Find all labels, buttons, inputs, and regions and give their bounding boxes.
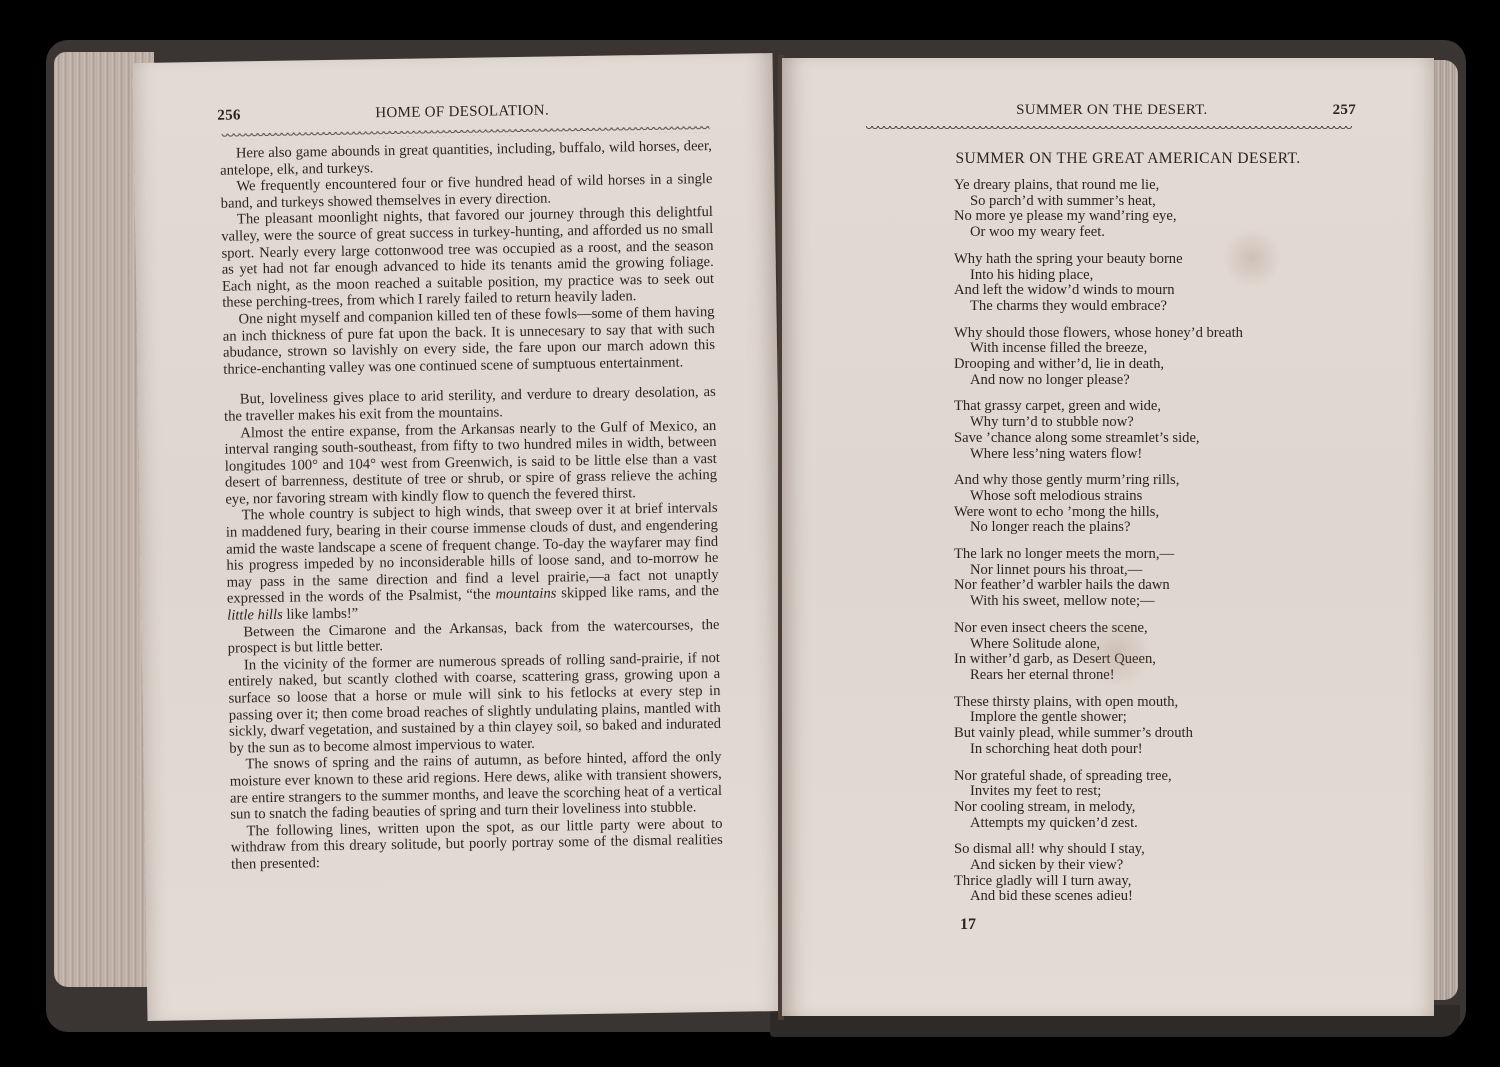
poem-line: Drooping and wither’d, lie in death, <box>954 357 1354 373</box>
poem-title: SUMMER ON THE GREAT AMERICAN DESERT. <box>868 150 1388 168</box>
poem-line: Nor cooling stream, in melody, <box>954 800 1354 816</box>
poem-line: Where Solitude alone, <box>954 637 1354 653</box>
stanza: That grassy carpet, green and wide,Why t… <box>954 399 1354 462</box>
poem-line: Nor feather’d warbler hails the dawn <box>954 578 1354 594</box>
poem-line: Into his hiding place, <box>954 268 1354 284</box>
poem-line: Nor even insect cheers the scene, <box>954 621 1354 637</box>
poem-line: Implore the gentle shower; <box>954 710 1354 726</box>
stanza: Nor even insect cheers the scene,Where S… <box>954 621 1354 684</box>
poem-line: Thrice gladly will I turn away, <box>954 874 1354 890</box>
right-page: SUMMER ON THE DESERT. 257 SUMMER ON THE … <box>782 58 1434 1016</box>
poem-line: That grassy carpet, green and wide, <box>954 399 1354 415</box>
stanza: Ye dreary plains, that round me lie,So p… <box>954 178 1354 241</box>
poem-line: And left the widow’d winds to mourn <box>954 283 1354 299</box>
page-block-right <box>1430 60 1458 1000</box>
stanza: These thirsty plains, with open mouth,Im… <box>954 695 1354 758</box>
stanza: Why should those flowers, whose honey’d … <box>954 326 1354 389</box>
poem-line: Attempts my quicken’d zest. <box>954 816 1354 832</box>
wavy-rule <box>866 126 1352 132</box>
poem-line: Whose soft melodious strains <box>954 489 1354 505</box>
page-number: 256 <box>217 106 337 125</box>
poem-line: With his sweet, mellow note;— <box>954 594 1354 610</box>
poem-line: Nor grateful shade, of spreading tree, <box>954 769 1354 785</box>
paper-stain <box>1222 228 1282 288</box>
page-number: 257 <box>1333 102 1356 119</box>
poem-line: The lark no longer meets the morn,— <box>954 547 1354 563</box>
poem-line: So dismal all! why should I stay, <box>954 842 1354 858</box>
poem-line: So parch’d with summer’s heat, <box>954 194 1354 210</box>
poem-line: And now no longer please? <box>954 373 1354 389</box>
poem-line: These thirsty plains, with open mouth, <box>954 695 1354 711</box>
paragraph: The whole country is subject to high win… <box>226 500 720 624</box>
poem-line: Rears her eternal throne! <box>954 668 1354 684</box>
italic-word: little hills <box>227 607 283 624</box>
poem-line: Why hath the spring your beauty borne <box>954 252 1354 268</box>
left-running-head: 256 HOME OF DESOLATION. <box>217 100 717 125</box>
right-running-head: SUMMER ON THE DESERT. 257 <box>866 102 1356 119</box>
poem-line: No more ye please my wand’ring eye, <box>954 209 1354 225</box>
poem-line: Save ’chance along some streamlet’s side… <box>954 431 1354 447</box>
left-page: 256 HOME OF DESOLATION. Here also game a… <box>133 53 788 1021</box>
poem-line: Where less’ning waters flow! <box>954 447 1354 463</box>
paragraph: In the vicinity of the former are numero… <box>228 650 722 757</box>
paragraph: One night myself and companion killed te… <box>222 304 715 378</box>
poem-line: And sicken by their view? <box>954 858 1354 874</box>
poem-line: And why those gently murm’ring rills, <box>954 473 1354 489</box>
poem-line: No longer reach the plains? <box>954 520 1354 536</box>
poem-line: With incense filled the breeze, <box>954 341 1354 357</box>
paragraph: The following lines, written upon the sp… <box>230 816 723 874</box>
paper-stain <box>1082 618 1152 688</box>
poem-line: Nor linnet pours his throat,— <box>954 563 1354 579</box>
running-head-title: SUMMER ON THE DESERT. <box>1016 102 1208 119</box>
running-head-title: HOME OF DESOLATION. <box>375 103 549 123</box>
paragraph: The pleasant moonlight nights, that favo… <box>221 204 715 311</box>
poem-line: Why turn’d to stubble now? <box>954 415 1354 431</box>
paragraph: The snows of spring and the rains of aut… <box>229 749 722 823</box>
poem-line: Or woo my weary feet. <box>954 225 1354 241</box>
poem-line: Why should those flowers, whose honey’d … <box>954 326 1354 342</box>
stanza: Nor grateful shade, of spreading tree,In… <box>954 769 1354 832</box>
stanza: Why hath the spring your beauty borneInt… <box>954 252 1354 315</box>
poem-line: The charms they would embrace? <box>954 299 1354 315</box>
wavy-rule <box>222 126 710 140</box>
paragraph: Almost the entire expanse, from the Arka… <box>224 417 717 508</box>
poem-line: Invites my feet to rest; <box>954 784 1354 800</box>
italic-word: mountains <box>495 586 556 603</box>
poem-line: Were wont to echo ’mong the hills, <box>954 505 1354 521</box>
signature-mark: 17 <box>960 916 976 934</box>
poem-line: In schorching heat doth pour! <box>954 742 1354 758</box>
poem-line: Ye dreary plains, that round me lie, <box>954 178 1354 194</box>
stanza: So dismal all! why should I stay,And sic… <box>954 842 1354 905</box>
body-text: Here also game abounds in great quantiti… <box>220 138 723 873</box>
poem-line: But vainly plead, while summer’s drouth <box>954 726 1354 742</box>
poem: Ye dreary plains, that round me lie,So p… <box>954 178 1354 916</box>
stanza: And why those gently murm’ring rills,Who… <box>954 473 1354 536</box>
stanza: The lark no longer meets the morn,—Nor l… <box>954 547 1354 610</box>
poem-line: And bid these scenes adieu! <box>954 889 1354 905</box>
poem-line: In wither’d garb, as Desert Queen, <box>954 652 1354 668</box>
